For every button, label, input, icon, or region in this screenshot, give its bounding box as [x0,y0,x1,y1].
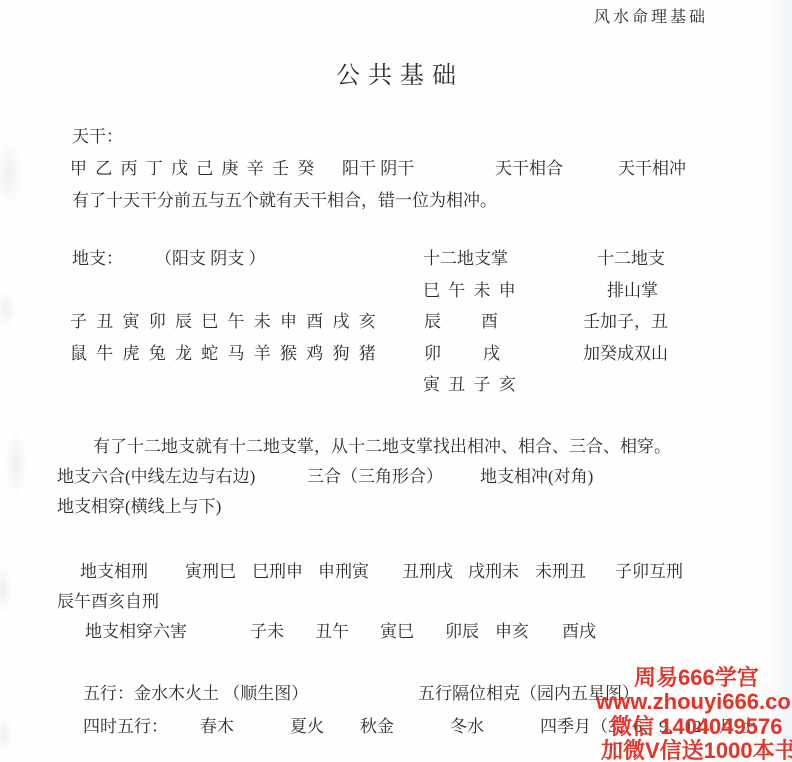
liuhai-label: 地支相穿六害 [85,622,187,642]
scan-edge-band [772,0,792,762]
paishan-subtitle: 排山掌 [607,281,658,301]
page-title: 公共基础 [0,55,792,90]
dizhi-zixing: 辰午酉亥自刑 [57,592,159,612]
tiangan-note: 有了十天干分前五与五个就有天干相合，错一位为相冲。 [72,191,497,211]
scan-smudge [0,128,28,220]
season-spring: 春木 [200,717,234,737]
tiangan-yang-yin: 阳干 阴干 [342,159,414,179]
xiangxing-group: 子卯互刑 [615,562,683,582]
liuhai-pair: 子未 [250,622,284,642]
scan-smudge [0,418,32,510]
tiangan-xianghe: 天干相合 [495,159,563,179]
palm-row3-right: 戌 [483,344,500,364]
tiangan-stems: 甲 乙 丙 丁 戊 己 庚 辛 壬 癸 [70,159,314,179]
dizhi-yang-yin: （阳支 阴支 ） [155,249,266,269]
liuhai-pair: 丑午 [315,622,349,642]
scanned-document-page: 风水命理基础 公共基础 天干： 甲 乙 丙 丁 戊 己 庚 辛 壬 癸 阳干 阴… [0,0,792,762]
season-autumn: 秋金 [360,717,394,737]
dizhi-label: 地支： [72,249,123,269]
watermark-school-name: 周易666学宫 [634,666,759,690]
tiangan-label: 天干： [72,127,123,147]
watermark-wechat-number: 微信 1404049576 [610,715,782,739]
scan-smudge [0,553,16,625]
paishan-line1: 壬加子，丑 [583,312,668,332]
dizhi-branches: 子 丑 寅 卯 辰 巳 午 未 申 酉 戌 亥 [70,312,376,332]
sishi-label: 四时五行： [83,717,168,737]
palm-title: 十二地支掌 [423,249,508,269]
season-summer: 夏火 [290,717,324,737]
palm-row4: 寅 丑 子 亥 [423,375,516,395]
scan-smudge [0,708,16,760]
xiangxing-group: 未刑丑 [535,562,586,582]
liuhai-pair: 寅巳 [380,622,414,642]
xiangxing-group: 寅刑巳 [185,562,236,582]
palm-row1: 巳 午 未 申 [423,281,516,301]
xiangxing-group: 丑刑戌 [402,562,453,582]
dizhi-liuhe: 地支六合(中线左边与右边) [57,467,255,487]
paishan-title: 十二地支 [597,249,665,269]
dizhi-xiangchuan: 地支相穿(横线上与下) [57,497,221,517]
watermark-promo-text: 加微V信送1000本书 [601,739,792,762]
liuhai-pair: 酉戌 [562,622,596,642]
palm-row3-left: 卯 [424,344,441,364]
scan-smudge [0,283,20,335]
tiangan-xiangchong: 天干相冲 [618,159,686,179]
wuxing-shunsheng: 五行：金水木火土 （顺生图） [83,684,308,704]
palm-row2-left: 辰 [424,312,441,332]
xiangxing-group: 巳刑申 [252,562,303,582]
dizhi-xiangchong: 地支相冲(对角) [480,467,593,487]
season-winter: 冬水 [450,717,484,737]
dizhi-animals: 鼠 牛 虎 兔 龙 蛇 马 羊 猴 鸡 狗 猪 [70,344,376,364]
palm-row2-right: 酉 [481,312,498,332]
liuhai-pair: 申亥 [495,622,529,642]
dizhi-sanhe: 三合（三角形合） [307,467,443,487]
xiangxing-group: 戌刑未 [468,562,519,582]
paishan-line2: 加癸成双山 [583,344,668,364]
watermark-website: www.zhouyi666.com [596,690,792,714]
liuhai-pair: 卯辰 [445,622,479,642]
dizhi-note: 有了十二地支就有十二地支掌，从十二地支掌找出相冲、相合、三合、相穿。 [93,437,671,457]
page-header: 风水命理基础 [594,4,708,27]
xiangxing-group: 申刑寅 [318,562,369,582]
xiangxing-label: 地支相刑 [80,562,148,582]
